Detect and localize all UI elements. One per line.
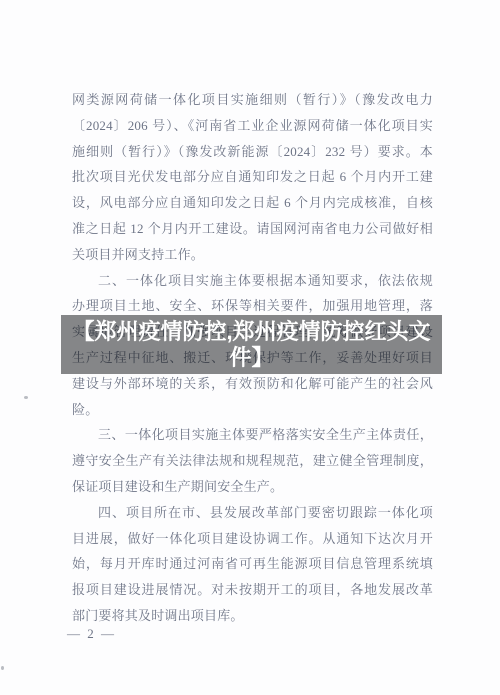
caption-overlay-text: 【郑州疫情防控,郑州疫情防控红头文件】 bbox=[61, 319, 442, 371]
document-line: 部门要将其及时调出项目库。 bbox=[72, 603, 433, 629]
page-number: — 2 — bbox=[67, 626, 116, 642]
scan-noise-dot bbox=[24, 396, 28, 399]
document-line: 报项目建设进展情况。对未按期开工的项目，各地发展改革 bbox=[72, 577, 433, 603]
scanned-document-page: 网类源网荷储一体化项目实施细则（暂行）》（豫发改电力 〔2024〕206 号）、… bbox=[0, 0, 500, 695]
scan-noise-dot bbox=[1, 666, 4, 670]
document-line: 准之日起 12 个月内开工建设。请国网河南省电力公司做好相 bbox=[72, 216, 433, 242]
document-line: 施细则（暂行）》（豫发改新能源〔2024〕232 号）要求。本 bbox=[72, 139, 433, 165]
caption-overlay-band: 【郑州疫情防控,郑州疫情防控红头文件】 bbox=[61, 315, 442, 374]
document-line: 关项目并网支持工作。 bbox=[72, 242, 433, 268]
document-line: 保证项目建设和生产期间安全生产。 bbox=[72, 474, 433, 500]
document-line: 网类源网荷储一体化项目实施细则（暂行）》（豫发改电力 bbox=[72, 87, 433, 113]
document-line: 目进展，做好一体化项目建设协调工作。从通知下达次月开 bbox=[72, 526, 433, 552]
document-line: 设，风电部分应自通知印发之日起 6 个月内完成核准，自核 bbox=[72, 190, 433, 216]
document-line: 遵守安全生产有关法律法规和规程规范，建立健全管理制度， bbox=[72, 448, 433, 474]
document-line: 建设与外部环境的关系，有效预防和化解可能产生的社会风 bbox=[72, 371, 433, 397]
document-line: 险。 bbox=[72, 397, 433, 423]
document-line: 〔2024〕206 号）、《河南省工业企业源网荷储一体化项目实 bbox=[72, 113, 433, 139]
document-line: 二、一体化项目实施主体要根据本通知要求，依法依规 bbox=[72, 268, 433, 294]
document-line: 始，每月开库时通过河南省可再生能源项目信息管理系统填 bbox=[72, 551, 433, 577]
document-line: 批次项目光伏发电部分应自通知印发之日起 6 个月内开工建 bbox=[72, 164, 433, 190]
document-line: 三、一体化项目实施主体要严格落实安全生产主体责任， bbox=[72, 422, 433, 448]
document-line: 四、项目所在市、县发展改革部门要密切跟踪一体化项 bbox=[72, 500, 433, 526]
